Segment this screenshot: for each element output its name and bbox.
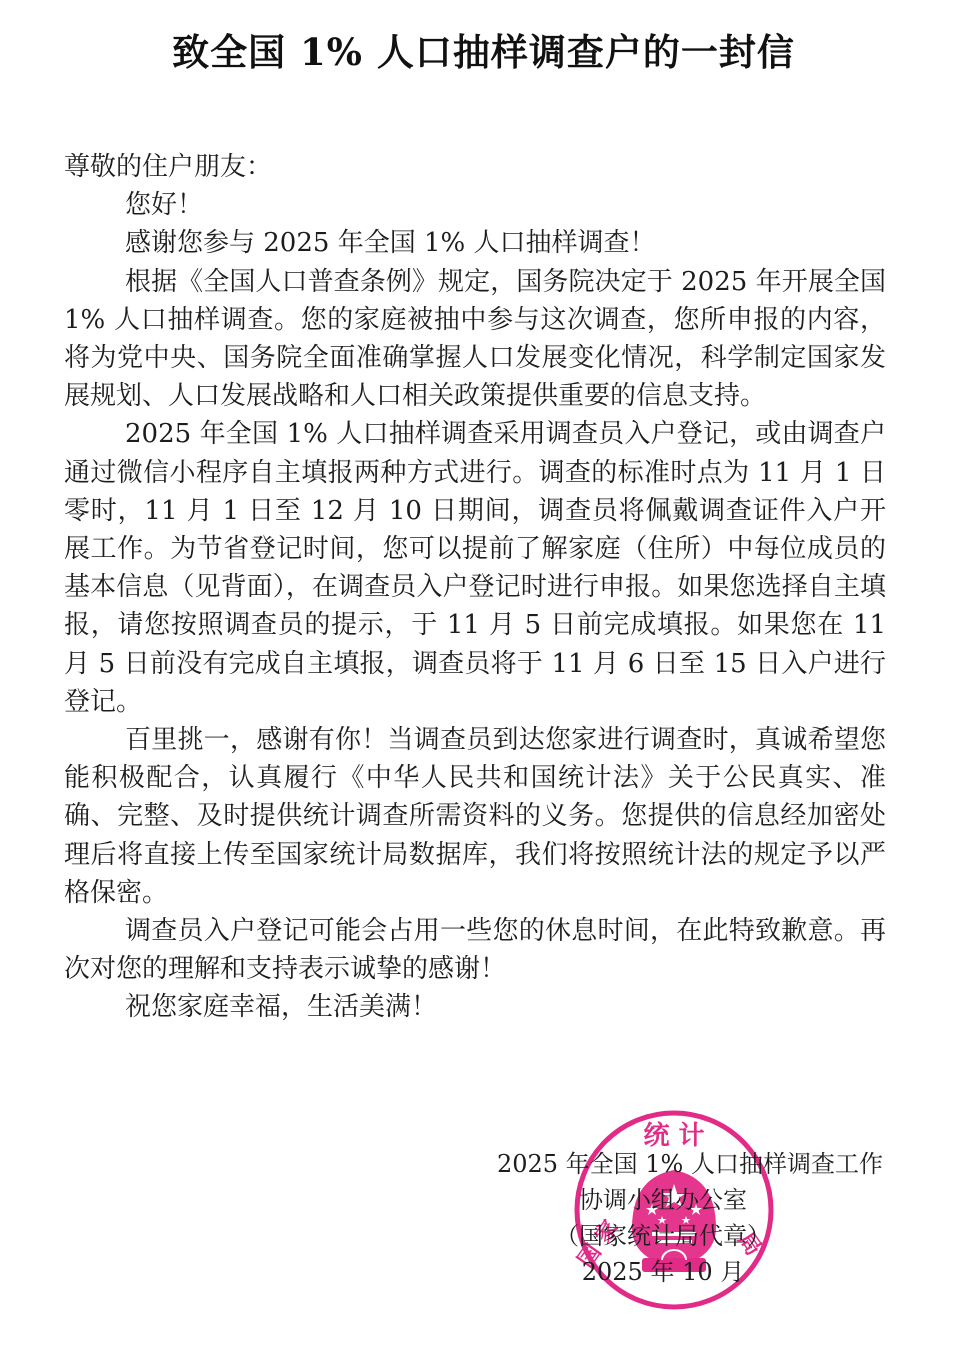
paragraph-wishes: 祝您家庭幸福，生活美满！ bbox=[64, 988, 886, 1026]
signature-org-line1: 2025 年全国 1% 人口抽样调查工作 bbox=[443, 1146, 883, 1182]
paragraph-cooperation: 百里挑一，感谢有你！当调查员到达您家进行调查时，真诚希望您能积极配合，认真履行《… bbox=[64, 721, 886, 912]
paragraph-thanks: 感谢您参与 2025 年全国 1% 人口抽样调查！ bbox=[64, 224, 886, 262]
signature-date: 2025 年 10 月 bbox=[443, 1254, 883, 1290]
paragraph-background: 根据《全国人口普查条例》规定，国务院决定于 2025 年开展全国 1% 人口抽样… bbox=[64, 263, 886, 416]
signature-org-line3: （国家统计局代章） bbox=[443, 1218, 883, 1254]
paragraph-apology: 调查员入户登记可能会占用一些您的休息时间，在此特致歉意。再次对您的理解和支持表示… bbox=[64, 912, 886, 988]
paragraph-method: 2025 年全国 1% 人口抽样调查采用调查员入户登记，或由调查户通过微信小程序… bbox=[64, 415, 886, 721]
paragraph-greeting: 您好！ bbox=[64, 186, 886, 224]
signature-block: 2025 年全国 1% 人口抽样调查工作 协调小组办公室 （国家统计局代章） 2… bbox=[443, 1146, 883, 1290]
letter-title: 致全国 1% 人口抽样调查户的一封信 bbox=[0, 22, 967, 76]
letter-body: 尊敬的住户朋友： 您好！ 感谢您参与 2025 年全国 1% 人口抽样调查！ 根… bbox=[64, 148, 886, 1027]
salutation: 尊敬的住户朋友： bbox=[64, 148, 886, 186]
signature-org-line2: 协调小组办公室 bbox=[443, 1182, 883, 1218]
